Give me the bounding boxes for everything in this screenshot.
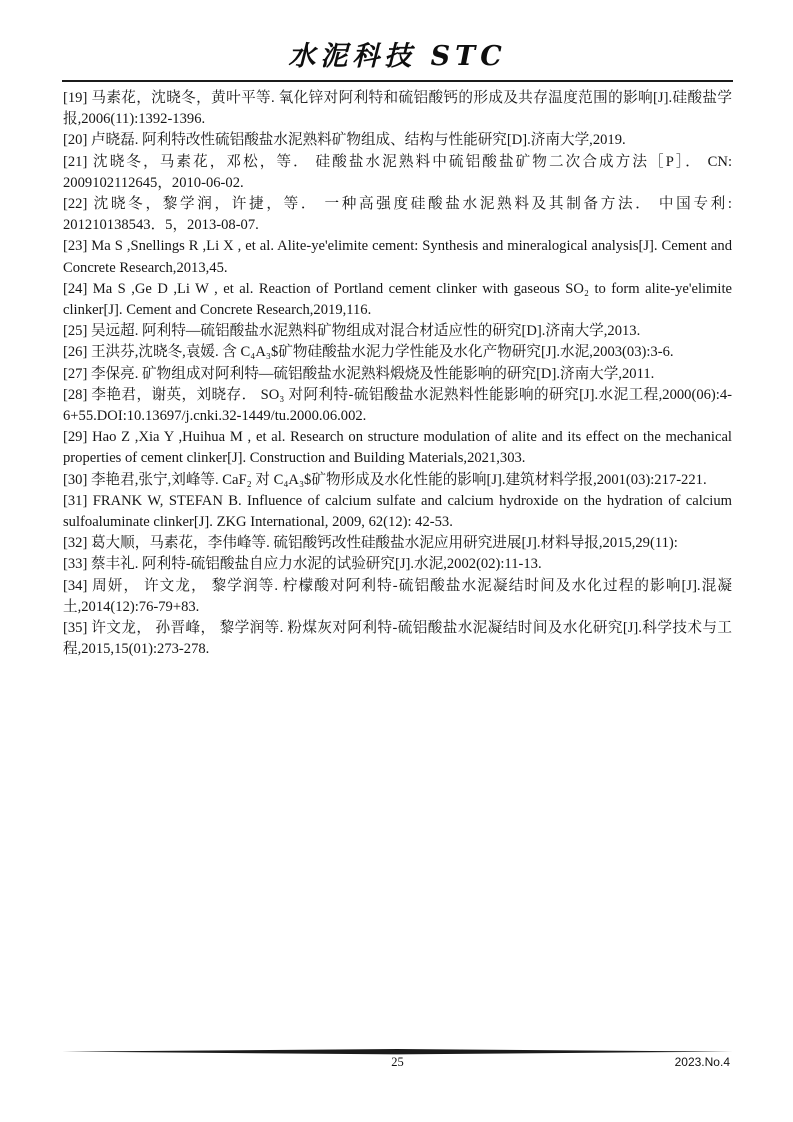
- reference-item: [34] 周妍， 许文龙， 黎学润等. 柠檬酸对阿利特-硫铝酸盐水泥凝结时间及水…: [63, 576, 732, 618]
- reference-item: [19] 马素花，沈晓冬，黄叶平等. 氧化锌对阿利特和硫铝酸钙的形成及共存温度范…: [63, 88, 732, 130]
- reference-item: [27] 李保亮. 矿物组成对阿利特—硫铝酸盐水泥熟料煅烧及性能影响的研究[D]…: [63, 364, 732, 385]
- reference-item: [26] 王洪芬,沈晓冬,袁媛. 含 C₄A₃$矿物硅酸盐水泥力学性能及水化产物…: [63, 342, 732, 363]
- reference-item: [21] 沈晓冬，马素花，邓松，等． 硅酸盐水泥熟料中硫铝酸盐矿物二次合成方法［…: [63, 152, 732, 194]
- reference-item: [31] FRANK W, STEFAN B. Influence of cal…: [63, 491, 732, 533]
- reference-item: [22] 沈晓冬，黎学润，许捷，等． 一种高强度硅酸盐水泥熟料及其制备方法． 中…: [63, 194, 732, 236]
- reference-item: [25] 吴远超. 阿利特—硫铝酸盐水泥熟料矿物组成对混合材适应性的研究[D].…: [63, 321, 732, 342]
- reference-item: [30] 李艳君,张宁,刘峰等. CaF₂ 对 C₄A₃$矿物形成及水化性能的影…: [63, 470, 732, 491]
- header-rule: [62, 80, 733, 82]
- journal-page: 水泥科技 STC [19] 马素花，沈晓冬，黄叶平等. 氧化锌对阿利特和硫铝酸钙…: [0, 0, 793, 1122]
- reference-item: [33] 蔡丰礼. 阿利特-硫铝酸盐自应力水泥的试验研究[J].水泥,2002(…: [63, 554, 732, 575]
- reference-item: [24] Ma S ,Ge D ,Li W , et al. Reaction …: [63, 279, 732, 321]
- reference-item: [23] Ma S ,Snellings R ,Li X , et al. Al…: [63, 236, 732, 278]
- journal-title: 水泥科技 STC: [288, 41, 506, 72]
- reference-item: [28] 李艳君，谢英，刘晓存． SO₃ 对阿利特-硫铝酸盐水泥熟料性能影响的研…: [63, 385, 732, 427]
- reference-item: [32] 葛大顺，马素花，李伟峰等. 硫铝酸钙改性硅酸盐水泥应用研究进展[J].…: [63, 533, 732, 554]
- reference-item: [35] 许文龙， 孙晋峰， 黎学润等. 粉煤灰对阿利特-硫铝酸盐水泥凝结时间及…: [63, 618, 732, 660]
- reference-item: [29] Hao Z ,Xia Y ,Huihua M , et al. Res…: [63, 427, 732, 469]
- page-footer: 25 2023.No.4: [63, 1055, 732, 1073]
- issue-label: 2023.No.4: [675, 1055, 730, 1069]
- page-number: 25: [63, 1055, 732, 1070]
- page-header: 水泥科技 STC: [63, 34, 732, 73]
- reference-item: [20] 卢晓磊. 阿利特改性硫铝酸盐水泥熟料矿物组成、结构与性能研究[D].济…: [63, 130, 732, 151]
- references-list: [19] 马素花，沈晓冬，黄叶平等. 氧化锌对阿利特和硫铝酸钙的形成及共存温度范…: [63, 88, 732, 660]
